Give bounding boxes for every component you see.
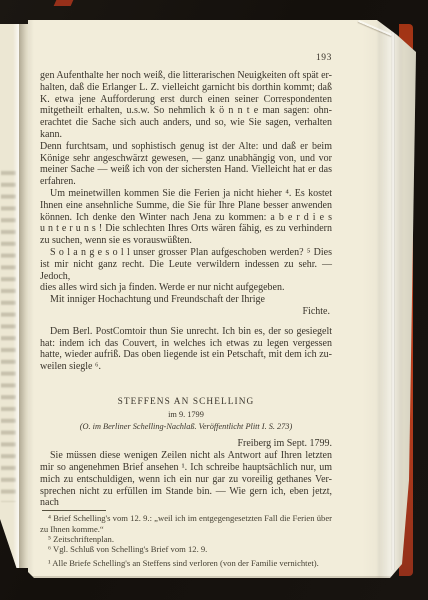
text-line: hat: indem ich das Couvert, in welches i… <box>40 338 332 350</box>
text-line: Mit inniger Hochachtung und Freundschaft… <box>40 294 332 306</box>
text-line: ist mir nicht ganz recht. Die Leute verw… <box>40 259 332 283</box>
fichte-paragraph-1: gen Aufenthalte her noch weiß, die litte… <box>40 70 332 188</box>
footnote-separator-rule <box>42 510 106 511</box>
text-line: mir so angenehmen Brief ansehen ¹. Ich s… <box>40 462 332 474</box>
text-line: K. etwa jene Aufforderung erst durch ein… <box>40 94 332 106</box>
steffens-letter-source-note: (O. im Berliner Schelling-Nachlaß. Veröf… <box>40 422 332 432</box>
text-line: zu suchen, wenn sie es vorauswüßten. <box>40 235 332 247</box>
footnotes: ⁴ Brief Schelling's vom 12. 9.: „weil ic… <box>40 513 332 568</box>
text-line: Könige sehr angeschwärzt gewesen, — ganz… <box>40 153 332 165</box>
text-line: Denn furchtsam, und sophistisch genug is… <box>40 141 332 153</box>
facing-page-sliver <box>0 24 30 568</box>
page-crease <box>378 20 402 578</box>
fichte-paragraph-2: Um meinetwillen kommen Sie die Ferien ja… <box>40 188 332 247</box>
text-line: ⁶ Vgl. Schluß von Schelling's Brief vom … <box>40 544 332 554</box>
text-line: halten, daß die Erlanger L. Z. vielleich… <box>40 82 332 94</box>
text-line: ⁵ Zeitschriftenplan. <box>40 534 332 544</box>
footnote-5: ⁵ Zeitschriftenplan. <box>40 534 332 544</box>
text-line: meiner Sache — weiß ich von der sicherst… <box>40 164 332 176</box>
text-line: S o l a n g e s o l l unser grosser Plan… <box>40 247 332 259</box>
fichte-paragraph-3: S o l a n g e s o l l unser grosser Plan… <box>40 247 332 294</box>
footnote-6: ⁶ Vgl. Schluß von Schelling's Brief vom … <box>40 544 332 554</box>
text-line: u n t e r u n s ! Die schlechten Ihres O… <box>40 223 332 235</box>
steffens-paragraph-1: Sie müssen diese wenigen Zeilen nicht al… <box>40 450 332 509</box>
text-line: mich zu entschuldigen, wenn ich ein nur … <box>40 474 332 486</box>
text-line: zu Ihnen komme.“ <box>40 524 332 534</box>
text-line: können. Ich denke den Winter nach Jena z… <box>40 212 332 224</box>
fichte-closing-line: Mit inniger Hochachtung und Freundschaft… <box>40 294 332 306</box>
book-cover-red-speck <box>54 0 74 6</box>
footnote-1: ¹ Alle Briefe Schelling's an Steffens si… <box>40 558 332 568</box>
book-page: 193 gen Aufenthalte her noch weiß, die l… <box>28 20 416 578</box>
text-line: Um meinetwillen kommen Sie die Ferien ja… <box>40 188 332 200</box>
page-content: 193 gen Aufenthalte her noch weiß, die l… <box>40 20 332 569</box>
footnote-4: ⁴ Brief Schelling's vom 12. 9.: „weil ic… <box>40 513 332 534</box>
text-line: gen Aufenthalte her noch weiß, die litte… <box>40 70 332 82</box>
text-line: sprechen nicht zu erfüllen im Stande bin… <box>40 486 332 510</box>
steffens-place-dateline: Freiberg im Sept. 1799. <box>40 438 332 450</box>
text-line: ⁴ Brief Schelling's vom 12. 9.: „weil ic… <box>40 513 332 523</box>
text-line: ¹ Alle Briefe Schelling's an Steffens si… <box>40 558 332 568</box>
text-line: Dem Berl. PostComtoir thun Sie unrecht. … <box>40 326 332 338</box>
steffens-letter-date: im 9. 1799 <box>40 410 332 420</box>
fichte-signature: Fichte. <box>40 306 332 318</box>
text-line: erfahren. <box>40 176 332 188</box>
text-line: hatte, wieder aufriß. Das oben liegende … <box>40 349 332 361</box>
text-line: mitgetheilt erhalten, u.s.w. So nehmlich… <box>40 105 332 117</box>
text-line: dies alles wird sich ja finden. Werde er… <box>40 282 332 294</box>
text-line: Sie müssen diese wenigen Zeilen nicht al… <box>40 450 332 462</box>
text-line: erachtet die Sache sich auch anders, und… <box>40 117 332 141</box>
text-line: Ihnen eine ansehnliche Summe, die Sie fü… <box>40 200 332 212</box>
steffens-letter-title: STEFFENS AN SCHELLING <box>40 397 332 408</box>
fichte-postscript: Dem Berl. PostComtoir thun Sie unrecht. … <box>40 326 332 373</box>
page-number: 193 <box>40 53 332 63</box>
letter-body: gen Aufenthalte her noch weiß, die litte… <box>40 70 332 569</box>
page-stack-edge-line <box>391 30 395 570</box>
text-line: weilen siegle ⁶. <box>40 361 332 373</box>
book-photograph: 193 gen Aufenthalte her noch weiß, die l… <box>0 0 428 600</box>
